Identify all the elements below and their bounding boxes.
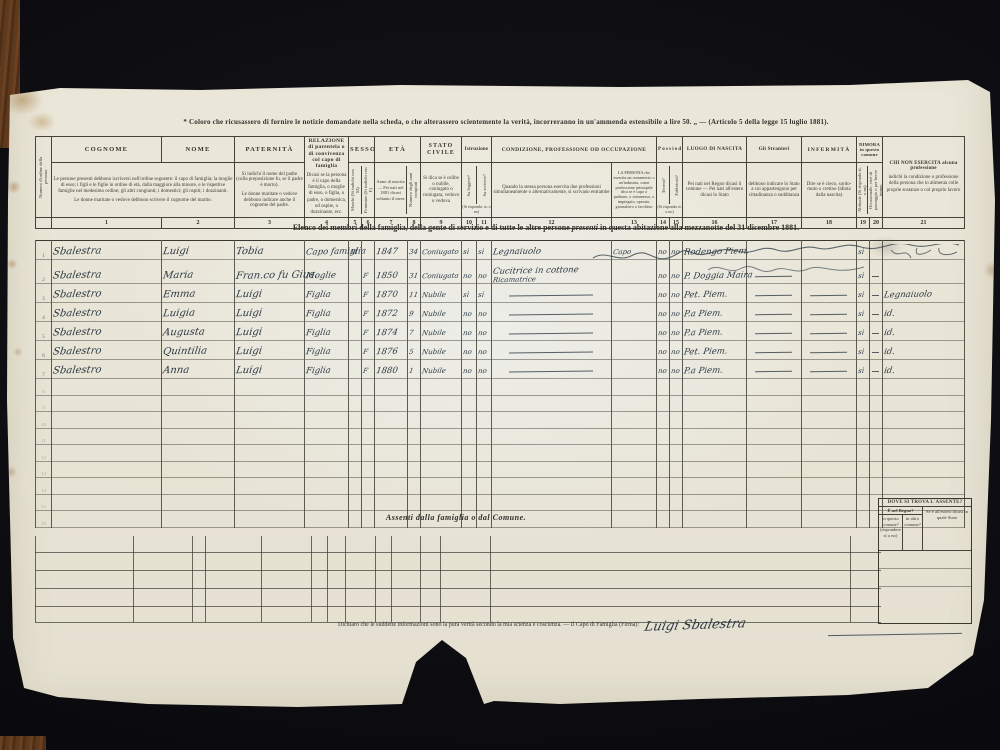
cell-scrive	[477, 461, 492, 478]
cell-m	[349, 395, 362, 412]
cell-relazione	[305, 494, 349, 511]
cell-stranieri	[747, 428, 802, 445]
cell-infermita	[802, 511, 857, 528]
cell-abituale: sì	[857, 260, 870, 284]
cell-stranieri	[747, 303, 802, 322]
cell-fabbricati	[670, 428, 683, 445]
cell-anno: 1874	[375, 322, 408, 341]
cell-anni	[408, 478, 421, 495]
cell-fabbricati	[670, 395, 683, 412]
cell-luogo: P.a Piem.	[683, 322, 747, 341]
cell-anni	[408, 461, 421, 478]
cell-luogo: Pet. Piem.	[683, 284, 747, 303]
cell-anni	[408, 494, 421, 511]
cell-legge: sì	[462, 284, 477, 303]
cell-anni: 5	[408, 341, 421, 360]
cell-paternita: Luigi	[235, 322, 305, 341]
cell-anno: 1880	[375, 360, 408, 379]
cell-infermita	[802, 379, 857, 396]
paternita-desc: Si indichi il nome del padre (colla prep…	[235, 163, 305, 218]
table-row: 14	[36, 478, 965, 495]
cell-chi_non	[883, 379, 965, 396]
cell-stato	[421, 412, 462, 429]
cell-fabbricati: no	[670, 241, 683, 260]
cell-stato	[421, 445, 462, 462]
cell-f	[362, 494, 375, 511]
cell-anno	[375, 478, 408, 495]
cell-legge: no	[462, 322, 477, 341]
cell-m	[349, 360, 362, 379]
cell-relazione: Figlia	[305, 322, 349, 341]
cell-nome: Maria	[162, 260, 235, 284]
cell-relazione: Figlia	[305, 284, 349, 303]
cell-scrive	[477, 494, 492, 511]
cell-stato: Nubile	[421, 303, 462, 322]
cell-abituale: sì	[857, 241, 870, 260]
anni-desc: Numero degli anni compiuti	[408, 166, 418, 214]
cell-stranieri	[747, 260, 802, 284]
cell-abituale: sì	[857, 303, 870, 322]
cell-stato: Nubile	[421, 360, 462, 379]
cell-abituale	[857, 461, 870, 478]
col-infermita-title: INFERMITÀ	[802, 137, 857, 163]
cell-nome	[162, 428, 235, 445]
cell-condizione	[492, 461, 612, 478]
femmine-label: Femmine (Si indichi con F)	[363, 166, 373, 214]
cell-anni: 11	[408, 284, 421, 303]
cell-terreni	[657, 412, 670, 429]
cell-terreni	[657, 494, 670, 511]
cell-luogo	[683, 445, 747, 462]
istruzione-nota: (Si risponda: sì, o no)	[462, 204, 491, 214]
cell-scrive: no	[477, 322, 492, 341]
cell-m	[349, 341, 362, 360]
cell-relazione	[305, 478, 349, 495]
cell-occasionale	[870, 260, 883, 284]
table-row: 1SbalestraLuigiTobiaCapo famigliaM184734…	[36, 241, 965, 260]
cell-fabbricati	[670, 461, 683, 478]
cell-occasionale	[870, 322, 883, 341]
declaration-line: Dichiaro che le suddette informazioni so…	[338, 619, 745, 632]
cell-stato: Nubile	[421, 284, 462, 303]
cell-luogo	[683, 395, 747, 412]
cell-abituale	[857, 379, 870, 396]
cell-scrive	[477, 379, 492, 396]
cell-infermita	[802, 360, 857, 379]
col-paternita-title: PATERNITÀ	[235, 137, 305, 163]
cell-cognome: Sbalestro	[52, 303, 162, 322]
cell-persona	[612, 303, 657, 322]
cell-scrive: sì	[477, 284, 492, 303]
cell-nome	[162, 494, 235, 511]
table-row: 7SbalestroAnnaLuigiFigliaF18801Nubilenon…	[36, 360, 965, 379]
cell-infermita	[802, 303, 857, 322]
head-of-family-signature: Luigi Sbalestra	[643, 617, 747, 633]
cell-infermita	[802, 284, 857, 303]
cell-terreni	[657, 445, 670, 462]
cell-luogo	[683, 461, 747, 478]
list-subtitle: Elenco dei membri della famiglia, della …	[156, 223, 936, 232]
cell-chi_non	[883, 395, 965, 412]
cell-stato: Nubile	[421, 322, 462, 341]
cell-paternita: Luigi	[235, 303, 305, 322]
cell-anno	[375, 379, 408, 396]
cell-abituale: sì	[857, 341, 870, 360]
cell-relazione	[305, 428, 349, 445]
cell-legge: no	[462, 341, 477, 360]
cell-luogo: Rodengo Piem.	[683, 241, 747, 260]
cell-anni	[408, 379, 421, 396]
cell-fabbricati	[670, 494, 683, 511]
cell-stato	[421, 395, 462, 412]
cell-fabbricati	[670, 379, 683, 396]
cell-luogo	[683, 428, 747, 445]
cell-terreni: no	[657, 341, 670, 360]
cell-f	[362, 428, 375, 445]
cell-condizione	[492, 360, 612, 379]
cell-luogo: P.a Piem.	[683, 360, 747, 379]
col-dimora-title: DIMORA in questo comune	[857, 137, 883, 163]
table-row: 5SbalestroAugustaLuigiFigliaF18747Nubile…	[36, 322, 965, 341]
cell-m	[349, 445, 362, 462]
cell-occasionale	[870, 478, 883, 495]
cell-occasionale	[870, 445, 883, 462]
cognome-nome-desc: Le persone presenti debbono iscriversi n…	[52, 163, 235, 218]
cell-anni: 9	[408, 303, 421, 322]
cell-cognome: Sbalestro	[52, 360, 162, 379]
cell-terreni	[657, 395, 670, 412]
cell-stato: Coniugato	[421, 241, 462, 260]
cell-terreni	[657, 478, 670, 495]
cell-f	[362, 445, 375, 462]
cell-nome	[162, 478, 235, 495]
cell-m	[349, 478, 362, 495]
cell-chi_non: id.	[883, 303, 965, 322]
cell-m	[349, 494, 362, 511]
cell-nome: Emma	[162, 284, 235, 303]
cell-occasionale	[870, 241, 883, 260]
cell-legge: sì	[462, 241, 477, 260]
cell-f	[362, 461, 375, 478]
cell-cognome	[52, 395, 162, 412]
cell-occasionale	[870, 303, 883, 322]
cell-abituale	[857, 445, 870, 462]
cell-terreni	[657, 511, 670, 528]
cell-anno	[375, 445, 408, 462]
cell-f	[362, 412, 375, 429]
cell-anni	[408, 445, 421, 462]
cell-relazione: Figlia	[305, 360, 349, 379]
cell-relazione: Capo famiglia	[305, 241, 349, 260]
cell-occasionale	[870, 412, 883, 429]
cell-num: 11	[36, 428, 52, 445]
cell-num: 1	[36, 241, 52, 260]
cell-luogo: Pet. Piem.	[683, 341, 747, 360]
cell-cognome: Sbalestro	[52, 322, 162, 341]
cell-stranieri	[747, 341, 802, 360]
cell-fabbricati	[670, 445, 683, 462]
cell-abituale	[857, 478, 870, 495]
cell-cognome	[52, 494, 162, 511]
col-condizione-title: CONDIZIONE, PROFESSIONE OD OCCUPAZIONE	[492, 137, 657, 163]
cell-legge	[462, 428, 477, 445]
absent-location-box: DOVE SI TROVA L'ASSENTE? È nel Regno? in…	[878, 498, 972, 624]
cell-f: F	[362, 284, 375, 303]
cell-terreni	[657, 461, 670, 478]
table-row: 12	[36, 445, 965, 462]
col-nome-title: NOME	[162, 137, 235, 163]
cell-legge	[462, 412, 477, 429]
cell-paternita	[235, 445, 305, 462]
cell-stato	[421, 379, 462, 396]
cell-chi_non	[883, 260, 965, 284]
cell-num: 7	[36, 360, 52, 379]
eta-subcols: Anno di nascita — Pei nati nel 1881 dica…	[375, 163, 421, 218]
cell-persona	[612, 341, 657, 360]
cell-legge: no	[462, 360, 477, 379]
cell-occasionale	[870, 428, 883, 445]
cell-nome	[162, 445, 235, 462]
cell-f	[362, 478, 375, 495]
cell-stranieri	[747, 478, 802, 495]
cell-num: 10	[36, 412, 52, 429]
cell-luogo	[683, 478, 747, 495]
cell-stranieri	[747, 511, 802, 528]
cell-infermita	[802, 461, 857, 478]
cell-anno: 1876	[375, 341, 408, 360]
header-table: Numero d'ordine della persona COGNOME NO…	[35, 136, 965, 229]
cell-terreni: no	[657, 260, 670, 284]
cell-stranieri	[747, 322, 802, 341]
cell-condizione	[492, 341, 612, 360]
maschi-label: Maschi (Si indichi con M)	[350, 166, 360, 214]
cell-occasionale	[870, 395, 883, 412]
cell-condizione	[492, 428, 612, 445]
cell-infermita	[802, 395, 857, 412]
col-chinon-header: CHI NON ESERCITA alcuna professione indi…	[883, 137, 965, 218]
cell-stranieri	[747, 379, 802, 396]
cell-cognome	[52, 445, 162, 462]
cell-cognome: Sbalestra	[52, 241, 162, 260]
cell-num: 5	[36, 322, 52, 341]
istruzione-subcols: Sa leggere? Sa scrivere? (Si risponda: s…	[462, 163, 492, 218]
cell-f: F	[362, 260, 375, 284]
cell-paternita	[235, 412, 305, 429]
table-row: 3SbalestroEmmaLuigiFigliaF187011Nubilesì…	[36, 284, 965, 303]
cell-occasionale	[870, 360, 883, 379]
cell-stranieri	[747, 241, 802, 260]
fabbricati-label: Fabbricati?	[674, 175, 679, 196]
cell-condizione	[492, 412, 612, 429]
cell-infermita	[802, 322, 857, 341]
cell-scrive	[477, 395, 492, 412]
cell-scrive: no	[477, 360, 492, 379]
cell-fabbricati	[670, 511, 683, 528]
sesso-subcols: Maschi (Si indichi con M) Femmine (Si in…	[349, 163, 375, 218]
cell-abituale	[857, 494, 870, 511]
cell-stranieri	[747, 445, 802, 462]
cell-anni: 1	[408, 360, 421, 379]
cell-infermita	[802, 494, 857, 511]
cell-cognome	[52, 412, 162, 429]
cell-fabbricati: no	[670, 284, 683, 303]
cell-paternita	[235, 461, 305, 478]
cell-infermita	[802, 341, 857, 360]
cell-condizione	[492, 478, 612, 495]
cell-cognome	[52, 461, 162, 478]
cell-cognome	[52, 379, 162, 396]
cell-infermita	[802, 445, 857, 462]
cell-abituale	[857, 428, 870, 445]
infermita-desc: Dire se è cieco, sordo-muto o cretino (i…	[802, 163, 857, 218]
cell-persona	[612, 284, 657, 303]
cell-chi_non	[883, 428, 965, 445]
cell-anni: 34	[408, 241, 421, 260]
cell-anno	[375, 461, 408, 478]
cell-terreni: no	[657, 322, 670, 341]
cell-cognome: Sbalestra	[52, 260, 162, 284]
col-possiede-title: Possiede	[657, 137, 683, 163]
cell-cognome	[52, 428, 162, 445]
cell-m	[349, 461, 362, 478]
cell-stranieri	[747, 360, 802, 379]
table-row: 15	[36, 494, 965, 511]
cell-abituale: sì	[857, 284, 870, 303]
absent-location-title: DOVE SI TROVA L'ASSENTE?	[879, 499, 971, 507]
cell-paternita	[235, 428, 305, 445]
cell-anno: 1847	[375, 241, 408, 260]
cell-num: 16	[36, 511, 52, 528]
cell-nome: Quintilia	[162, 341, 235, 360]
cell-paternita: Luigi	[235, 360, 305, 379]
cell-cognome: Sbalestro	[52, 341, 162, 360]
regno-label: È nel Regno?	[879, 507, 922, 515]
cell-scrive: sì	[477, 241, 492, 260]
cell-persona	[612, 322, 657, 341]
cell-persona	[612, 412, 657, 429]
cell-persona	[612, 478, 657, 495]
cell-num: 12	[36, 445, 52, 462]
table-row: 10	[36, 412, 965, 429]
table-row: 13	[36, 461, 965, 478]
cell-nome	[162, 461, 235, 478]
cell-legge	[462, 395, 477, 412]
census-sheet: * Coloro che ricusassero di fornire le n…	[6, 52, 996, 714]
cell-f: F	[362, 322, 375, 341]
cell-fabbricati: no	[670, 341, 683, 360]
anno-desc: Anno di nascita — Pei nati nel 1881 dica…	[375, 179, 406, 202]
cell-m	[349, 412, 362, 429]
cell-luogo	[683, 412, 747, 429]
cell-scrive	[477, 412, 492, 429]
cell-paternita: Fran.co fu Gius.	[235, 260, 305, 284]
cell-stato: Coniugata	[421, 260, 462, 284]
cell-num: 4	[36, 303, 52, 322]
col-stato-title: STATO CIVILE	[421, 137, 462, 163]
cell-paternita: Luigi	[235, 284, 305, 303]
cell-num: 8	[36, 379, 52, 396]
cell-legge: no	[462, 303, 477, 322]
cell-legge	[462, 478, 477, 495]
cell-paternita: Tobia	[235, 241, 305, 260]
cell-num: 6	[36, 341, 52, 360]
cell-scrive: no	[477, 341, 492, 360]
cell-chi_non: Legnaiuolo	[883, 284, 965, 303]
condizione-desc: Quando la stessa persona esercita due pr…	[492, 163, 612, 218]
cell-nome	[162, 379, 235, 396]
col-relazione-header: RELAZIONE di parentela o di convivenza c…	[305, 137, 349, 218]
cell-terreni: no	[657, 284, 670, 303]
cell-chi_non	[883, 461, 965, 478]
cell-fabbricati: no	[670, 360, 683, 379]
cell-infermita	[802, 412, 857, 429]
possiede-nota: (Si risponda sì, o no)	[657, 204, 682, 214]
cell-scrive: no	[477, 303, 492, 322]
col-sesso-title: SESSO	[349, 137, 375, 163]
cell-anno: 1872	[375, 303, 408, 322]
cell-nome: Luigia	[162, 303, 235, 322]
cell-chi_non	[883, 241, 965, 260]
stato-desc: Si dica se è celibe o nubile, coniugato …	[421, 163, 462, 218]
cell-scrive	[477, 445, 492, 462]
cell-persona	[612, 445, 657, 462]
cell-condizione: Cucitrice in cottoneRicamatrice	[492, 260, 612, 284]
photo-scene: * Coloro che ricusassero di fornire le n…	[0, 0, 1000, 750]
cell-condizione	[492, 445, 612, 462]
cell-stato: Nubile	[421, 341, 462, 360]
cell-relazione: Figlia	[305, 341, 349, 360]
cell-stranieri	[747, 395, 802, 412]
table-row: 6SbalestroQuintiliaLuigiFigliaF18765Nubi…	[36, 341, 965, 360]
estero-label: Se è all'estero dicasi in quale Stato	[923, 507, 971, 550]
cell-terreni: no	[657, 303, 670, 322]
persona-desc: LA PERSONA che esercita un commercio o u…	[612, 163, 657, 218]
cell-persona	[612, 461, 657, 478]
cell-relazione: Moglie	[305, 260, 349, 284]
cell-chi_non: id.	[883, 322, 965, 341]
cell-infermita	[802, 260, 857, 284]
cell-infermita	[802, 428, 857, 445]
cell-anno	[375, 494, 408, 511]
col-eta-title: ETÀ	[375, 137, 421, 163]
cell-fabbricati: no	[670, 322, 683, 341]
cell-luogo: P. Doggia Maira	[683, 260, 747, 284]
cell-f: F	[362, 360, 375, 379]
cell-fabbricati	[670, 478, 683, 495]
cell-infermita	[802, 478, 857, 495]
cell-fabbricati	[670, 412, 683, 429]
cell-persona	[612, 395, 657, 412]
cell-relazione	[305, 461, 349, 478]
penalty-note: * Coloro che ricusassero di fornire le n…	[66, 118, 946, 126]
cell-condizione	[492, 322, 612, 341]
cell-anni: 31	[408, 260, 421, 284]
cell-f: F	[362, 341, 375, 360]
cell-terreni	[657, 428, 670, 445]
cell-stato	[421, 478, 462, 495]
cell-stato	[421, 494, 462, 511]
cell-legge: no	[462, 260, 477, 284]
cell-f	[362, 379, 375, 396]
cell-num: 9	[36, 395, 52, 412]
cell-m	[349, 260, 362, 284]
cell-num: 15	[36, 494, 52, 511]
col-istruzione-title: Istruzione	[462, 137, 492, 163]
cell-chi_non	[883, 445, 965, 462]
cell-condizione	[492, 303, 612, 322]
cell-nome: Luigi	[162, 241, 235, 260]
cell-chi_non: id.	[883, 341, 965, 360]
